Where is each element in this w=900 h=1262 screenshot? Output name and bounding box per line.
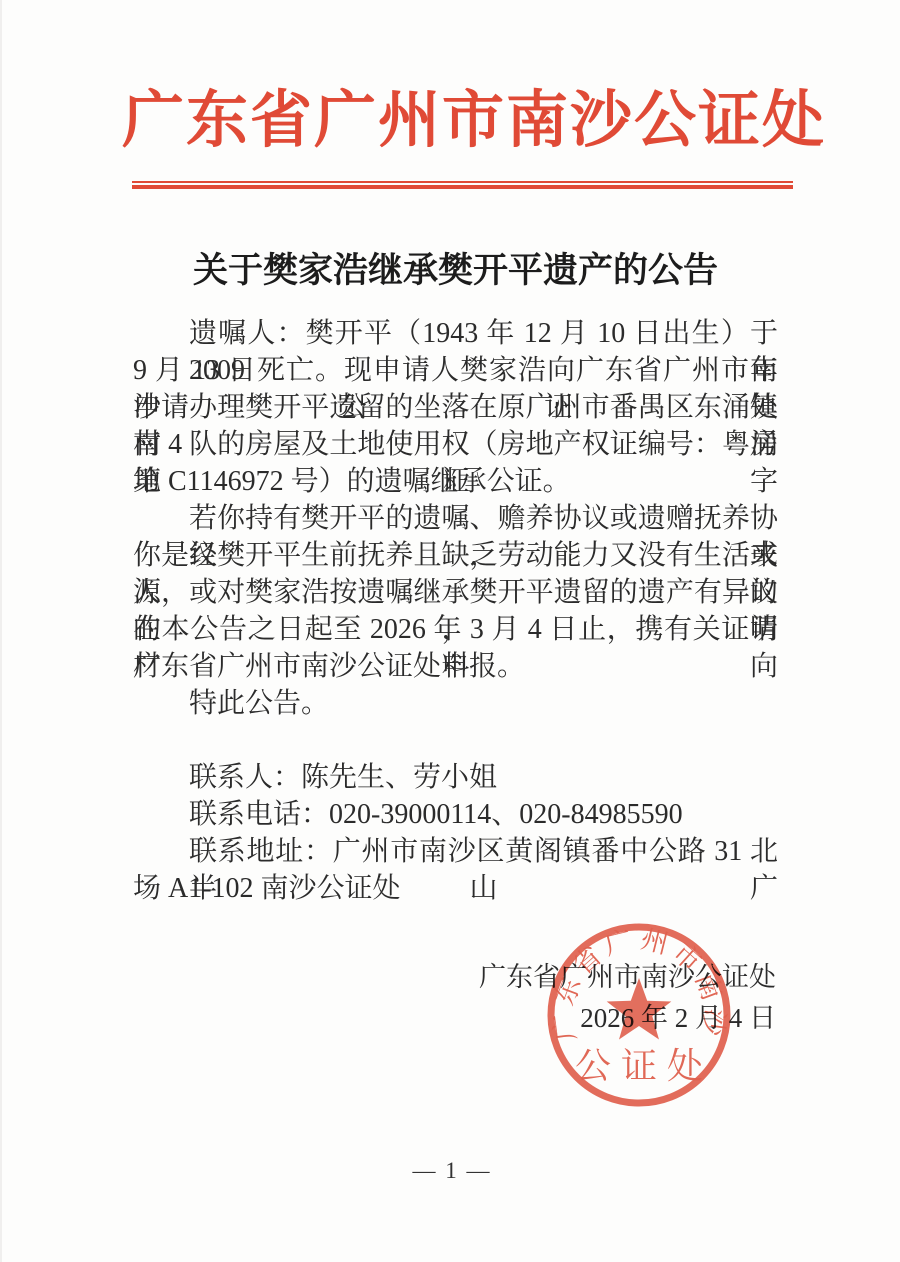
- body-line: 在本公告之日起至 2026 年 3 月 4 日止，携有关证明材料向: [133, 611, 778, 648]
- body-line: 申请办理樊开平遗留的坐落在原广州市番禺区东涌镇南涌: [133, 389, 778, 426]
- body-blank-line: [133, 722, 778, 759]
- body-line: 特此公告。: [133, 685, 778, 722]
- letterhead-divider: [132, 181, 793, 189]
- body-line: 联系地址：广州市南沙区黄阁镇番中公路 31 北半山广: [133, 833, 778, 870]
- notice-title: 关于樊家浩继承樊开平遗产的公告: [133, 243, 778, 293]
- seal-bottom-text: 公证处: [575, 1046, 713, 1086]
- body-line: 村 4 队的房屋及土地使用权（房地产权证编号：粤房地证字: [133, 426, 778, 463]
- page-number: — 1 —: [2, 1158, 900, 1184]
- body-line: 你是经樊开平生前抚养且缺乏劳动能力又没有生活来源的: [133, 537, 778, 574]
- body-line: 9 月 13 日死亡。现申请人樊家浩向广东省广州市南沙公证处: [133, 352, 778, 389]
- body-line: 联系电话：020-39000114、020-84985590: [133, 796, 778, 833]
- red-star-icon: [607, 978, 672, 1040]
- notice-body: 遗嘱人：樊开平（1943 年 12 月 10 日出生）于 2009 年9 月 1…: [133, 315, 778, 907]
- official-seal: 广东省广州市南沙 公证处: [545, 921, 733, 1109]
- body-line: 人，或对樊家浩按遗嘱继承樊开平遗留的遗产有异议的，请: [133, 574, 778, 611]
- divider-thick-line: [132, 185, 793, 189]
- letterhead-org-name: 广东省广州市南沙公证处: [122, 70, 784, 159]
- body-line: 联系人：陈先生、劳小姐: [133, 759, 778, 796]
- document-page: 广东省广州市南沙公证处 关于樊家浩继承樊开平遗产的公告 遗嘱人：樊开平（1943…: [0, 0, 900, 1262]
- body-line: 若你持有樊开平的遗嘱、赡养协议或遗赠抚养协议，或: [133, 500, 778, 537]
- body-line: 遗嘱人：樊开平（1943 年 12 月 10 日出生）于 2009 年: [133, 315, 778, 352]
